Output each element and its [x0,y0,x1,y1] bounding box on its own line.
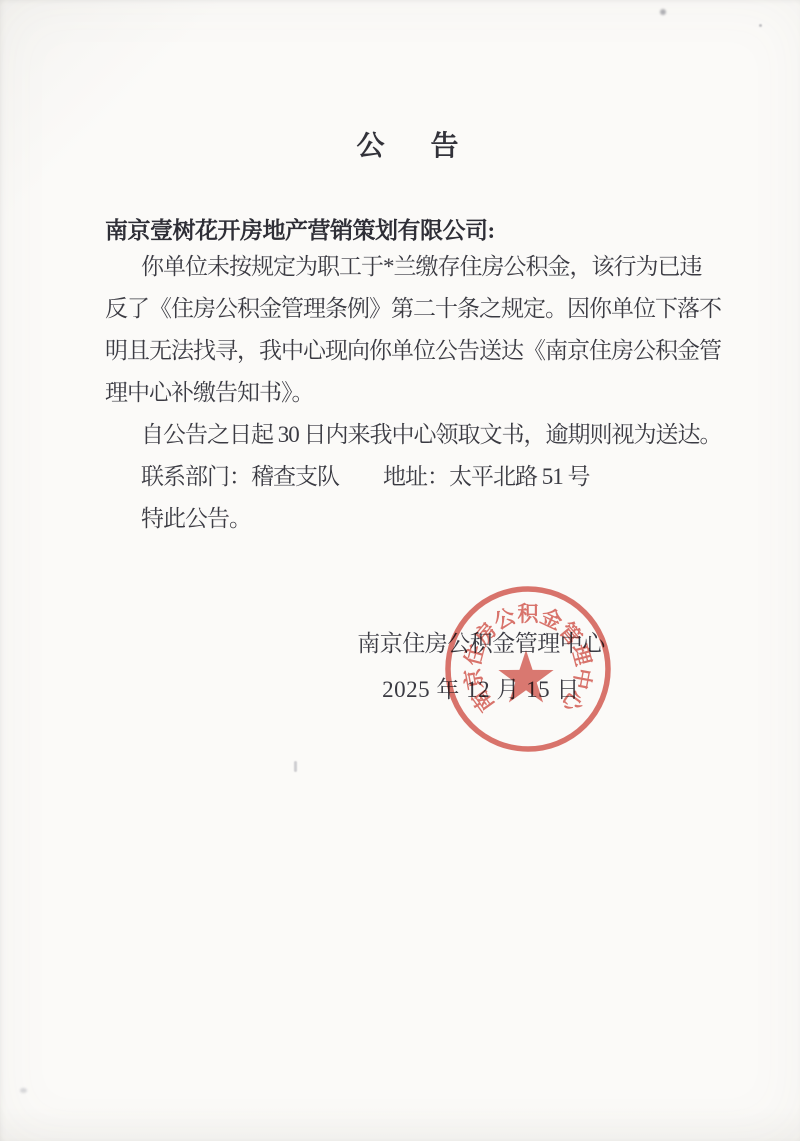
body-line: 反了《住房公积金管理条例》第二十条之规定。因你单位下落不 [105,288,720,330]
scan-speck [294,761,297,772]
scan-speck [20,1088,27,1093]
body-line: 联系部门：稽查支队 地址：太平北路 51 号 [105,456,720,498]
notice-title: 公 告 [12,124,800,164]
scanned-notice-page: 公 告 南京壹树花开房地产营销策划有限公司: 你单位未按规定为职工于*兰缴存住房… [0,0,800,1141]
body-line: 你单位未按规定为职工于*兰缴存住房公积金，该行为已违 [105,246,720,288]
notice-body: 你单位未按规定为职工于*兰缴存住房公积金，该行为已违 反了《住房公积金管理条例》… [105,246,720,540]
body-line: 特此公告。 [105,498,720,540]
body-line: 自公告之日起 30 日内来我中心领取文书，逾期则视为送达。 [105,414,720,456]
salutation-company-name: 南京壹树花开房地产营销策划有限公司: [105,212,495,245]
body-line: 明且无法找寻，我中心现向你单位公告送达《南京住房公积金管 [105,330,720,372]
official-seal: 南京住房公积金管理中心 [428,569,628,769]
seal-star-icon [498,650,553,703]
scan-speck [660,9,666,15]
scan-speck [759,24,762,27]
body-line: 理中心补缴告知书》。 [105,372,720,414]
